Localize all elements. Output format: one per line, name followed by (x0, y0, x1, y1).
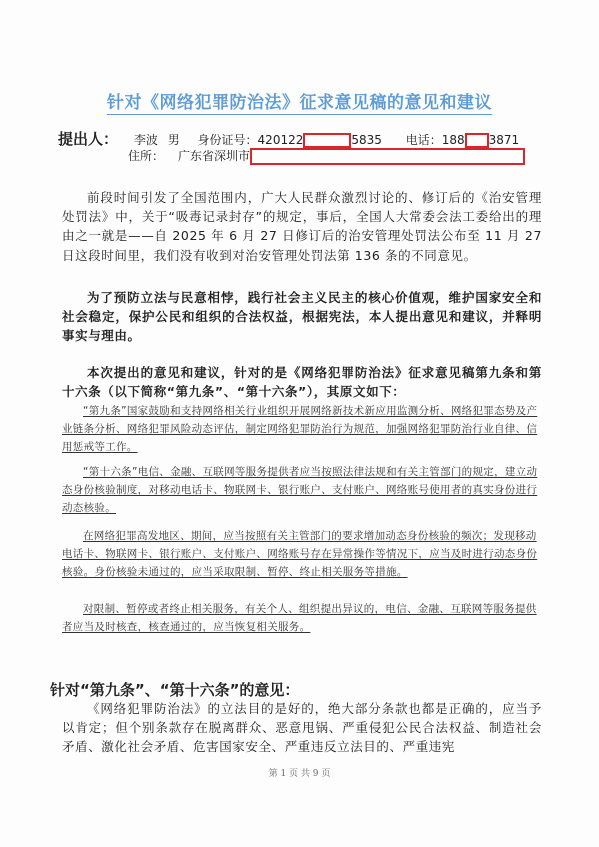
proposer-gender: 男 (168, 133, 180, 147)
id-label: 身份证号： (198, 133, 258, 147)
proposer-name: 李波 (134, 133, 158, 147)
quote-article-9-text: “第九条”国家鼓励和支持网络相关行业组织开展网络新技术新应用监测分析、网络犯罪态… (62, 405, 537, 453)
phone-label: 电话： (406, 133, 442, 147)
document-title-text: 针对《网络犯罪防治法》征求意见稿的意见和建议 (107, 93, 492, 115)
page-number-footer: 第 1 页 共 9 页 (0, 766, 599, 779)
id-suffix: 5835 (351, 133, 382, 147)
quote-article-9: “第九条”国家鼓励和支持网络相关行业组织开展网络新技术新应用监测分析、网络犯罪态… (62, 402, 542, 456)
scope-paragraph: 本次提出的意见和建议，针对的是《网络犯罪防治法》征求意见稿第九条和第十六条（以下… (62, 363, 542, 401)
id-prefix: 420122 (258, 133, 304, 147)
address-redaction-box (250, 148, 525, 165)
phone-suffix: 3871 (489, 133, 520, 147)
document-title: 针对《网络犯罪防治法》征求意见稿的意见和建议 (0, 88, 599, 113)
quote-article-16-p1: “第十六条”电信、金融、互联网等服务提供者应当按照法律法规和有关主管部门的规定，… (62, 463, 542, 517)
purpose-paragraph: 为了预防立法与民意相悖，践行社会主义民主的核心价值观，维护国家安全和社会稳定，保… (62, 288, 542, 346)
quote-article-16-p2-text: 在网络犯罪高发地区、期间，应当按照有关主管部门的要求增加动态身份核验的频次；发现… (62, 530, 537, 578)
phone-redaction-box (465, 133, 489, 148)
address-label: 住所： (128, 149, 164, 163)
proposer-line: 提出人： 李波 男 身份证号：4201225835 电话：1883871 (58, 128, 519, 149)
proposer-label: 提出人： (58, 130, 118, 148)
phone-prefix: 188 (442, 133, 465, 147)
quote-article-16-p1-text: “第十六条”电信、金融、互联网等服务提供者应当按照法律法规和有关主管部门的规定，… (62, 466, 537, 514)
section-paragraph: 《网络犯罪防治法》的立法目的是好的，绝大部分条款也都是正确的，应当予以肯定；但个… (62, 699, 542, 757)
address-visible: 广东省深圳市 (178, 149, 250, 163)
address-line: 住所：广东省深圳市 (128, 147, 525, 165)
quote-article-16-p2: 在网络犯罪高发地区、期间，应当按照有关主管部门的要求增加动态身份核验的频次；发现… (62, 527, 542, 581)
quote-article-16-p3: 对限制、暂停或者终止相关服务，有关个人、组织提出异议的，电信、金融、互联网等服务… (62, 600, 542, 636)
quote-article-16-p3-text: 对限制、暂停或者终止相关服务，有关个人、组织提出异议的，电信、金融、互联网等服务… (62, 603, 537, 633)
section-heading: 针对“第九条”、“第十六条”的意见： (50, 679, 299, 700)
id-redaction-box (303, 133, 351, 148)
intro-paragraph: 前段时间引发了全国范围内，广大人民群众激烈讨论的、修订后的《治安管理处罚法》中，… (62, 188, 542, 265)
document-page: 针对《网络犯罪防治法》征求意见稿的意见和建议 提出人： 李波 男 身份证号：42… (0, 0, 599, 847)
